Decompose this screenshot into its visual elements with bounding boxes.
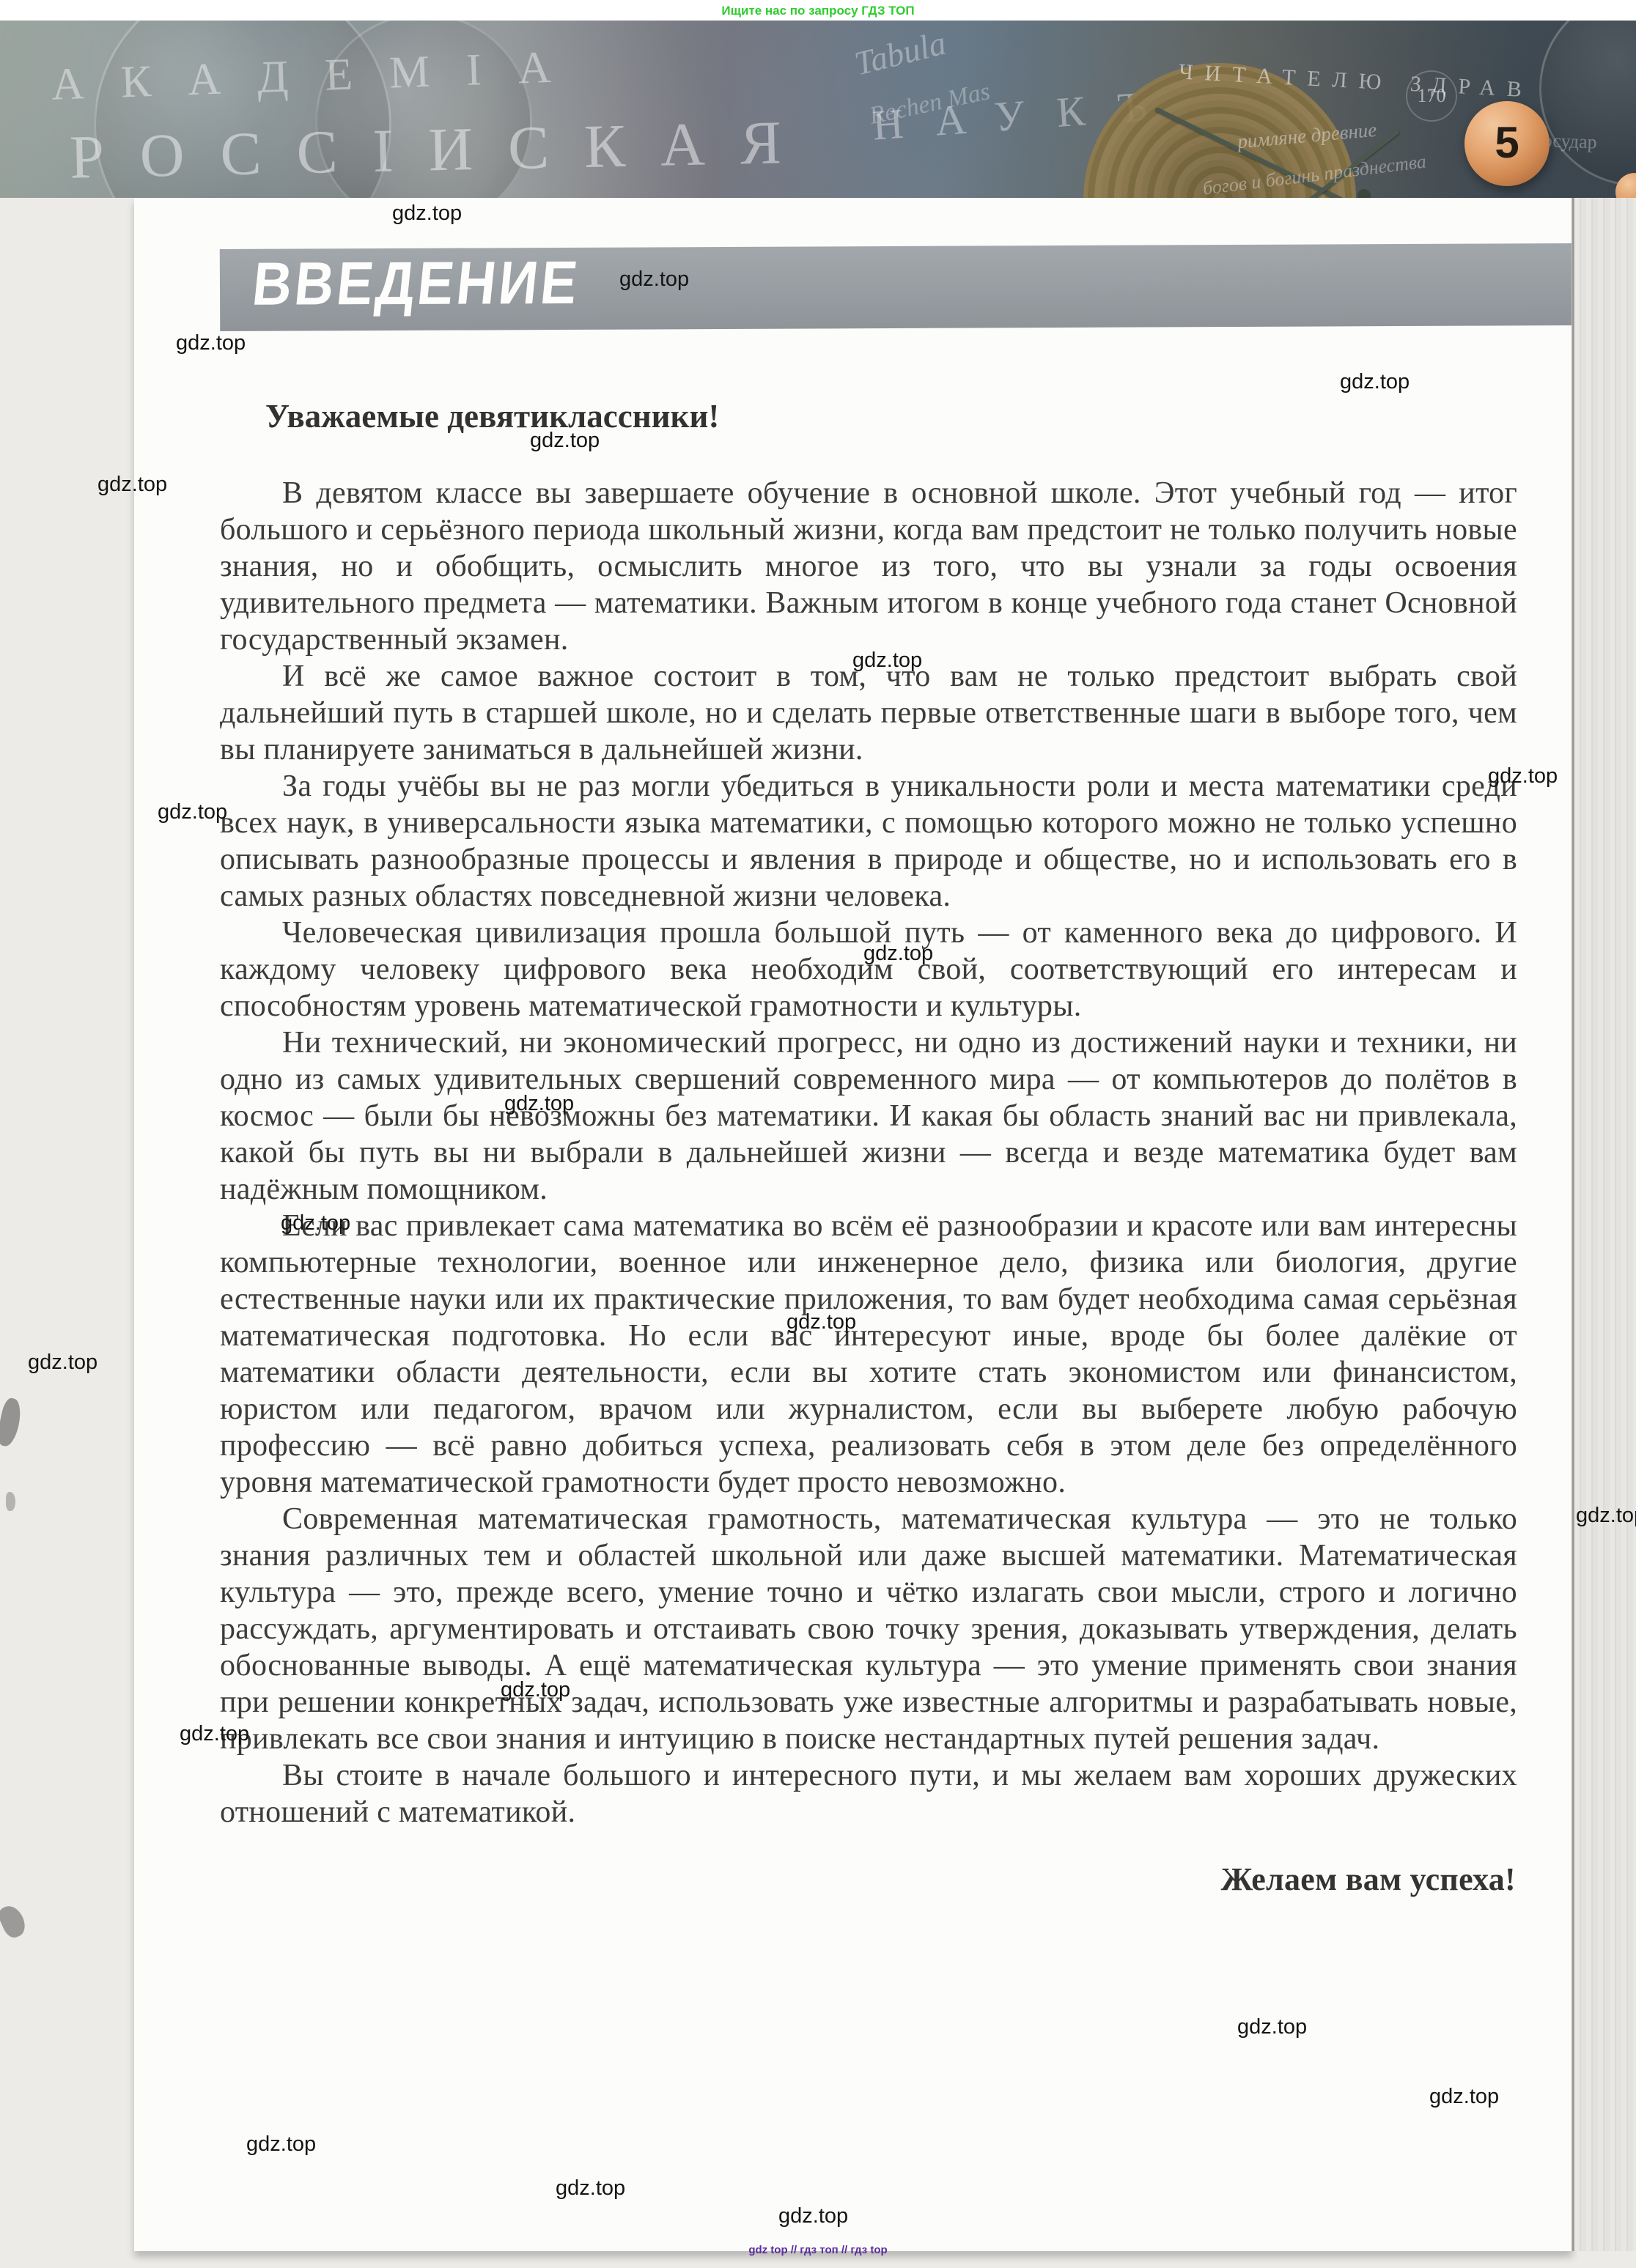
gdz-watermark: gdz.top — [392, 202, 462, 226]
scan-smudge — [0, 1902, 29, 1940]
paragraph: Человеческая цивилизация прошла большой … — [220, 915, 1517, 1024]
gdz-watermark: gdz.top — [786, 1310, 856, 1334]
paragraph: И всё же самое важное состоит в том, что… — [220, 658, 1517, 768]
gdz-watermark: gdz.top — [778, 2204, 848, 2228]
gdz-watermark: gdz.top — [619, 267, 689, 292]
gdz-watermark: gdz.top — [863, 942, 933, 966]
gdz-watermark: gdz.top — [97, 473, 167, 497]
top-white-strip: Ищите нас по запросу ГДЗ ТОП — [0, 0, 1636, 21]
section-banner: ВВЕДЕНИЕ — [220, 243, 1572, 331]
introduction-text: В девятом классе вы завершаете обучение … — [220, 475, 1517, 1898]
paragraph: Если вас привлекает сама математика во в… — [220, 1208, 1517, 1501]
paragraph: За годы учёбы вы не раз могли убедиться … — [220, 768, 1517, 915]
footer-watermark-text: gdz top // гдз топ // гдз top — [0, 2244, 1636, 2256]
promo-text: Ищите нас по запросу ГДЗ ТОП — [0, 4, 1636, 18]
gdz-watermark: gdz.top — [501, 1678, 570, 1702]
gdz-watermark: gdz.top — [1488, 764, 1558, 788]
gdz-watermark: gdz.top — [176, 331, 246, 355]
faded-text-rossiiskaya: РОССIИСКАЯ — [69, 106, 817, 193]
gdz-watermark: gdz.top — [28, 1351, 97, 1375]
divider-joint-icon — [1357, 189, 1371, 198]
gdz-watermark: gdz.top — [1576, 1504, 1636, 1528]
gdz-watermark: gdz.top — [180, 1722, 249, 1746]
faded-text-tabula: Tabula — [850, 23, 949, 84]
paragraph: Ни технический, ни экономический прогрес… — [220, 1024, 1517, 1208]
clock-face-icon — [1539, 21, 1636, 186]
header-collage-image: АКАДЕМIА НАУКЪ РОССIИСКАЯ Tabula Rechen … — [0, 21, 1636, 198]
paragraph: Вы стоите в начале большого и интересног… — [220, 1757, 1517, 1831]
paragraph: В девятом классе вы завершаете обучение … — [220, 475, 1517, 658]
scan-smudge — [6, 1492, 15, 1511]
paragraph: Современная математическая грамотность, … — [220, 1501, 1517, 1757]
gdz-watermark: gdz.top — [1429, 2085, 1499, 2109]
gdz-watermark: gdz.top — [504, 1092, 574, 1116]
page-stack-margin — [1574, 198, 1636, 2251]
gdz-watermark: gdz.top — [1237, 2015, 1307, 2039]
section-banner-title: ВВЕДЕНИЕ — [249, 248, 583, 319]
gdz-watermark: gdz.top — [158, 800, 227, 824]
page-number: 5 — [1495, 117, 1519, 168]
gdz-watermark: gdz.top — [852, 649, 922, 673]
engraved-medallion-icon: 170 — [1406, 70, 1457, 122]
gdz-watermark: gdz.top — [556, 2176, 625, 2201]
chapter-greeting-heading: Уважаемые девятиклассники! — [265, 397, 719, 435]
signoff-text: Желаем вам успеха! — [220, 1861, 1517, 1898]
gdz-watermark: gdz.top — [1340, 370, 1410, 394]
page-number-badge: 5 — [1464, 101, 1550, 186]
scanned-textbook-page: Ищите нас по запросу ГДЗ ТОП АКАДЕМIА НА… — [0, 0, 1636, 2268]
gdz-watermark: gdz.top — [246, 2132, 316, 2157]
gdz-watermark: gdz.top — [530, 429, 600, 453]
scan-smudge — [0, 1397, 24, 1448]
gdz-watermark: gdz.top — [281, 1211, 350, 1235]
